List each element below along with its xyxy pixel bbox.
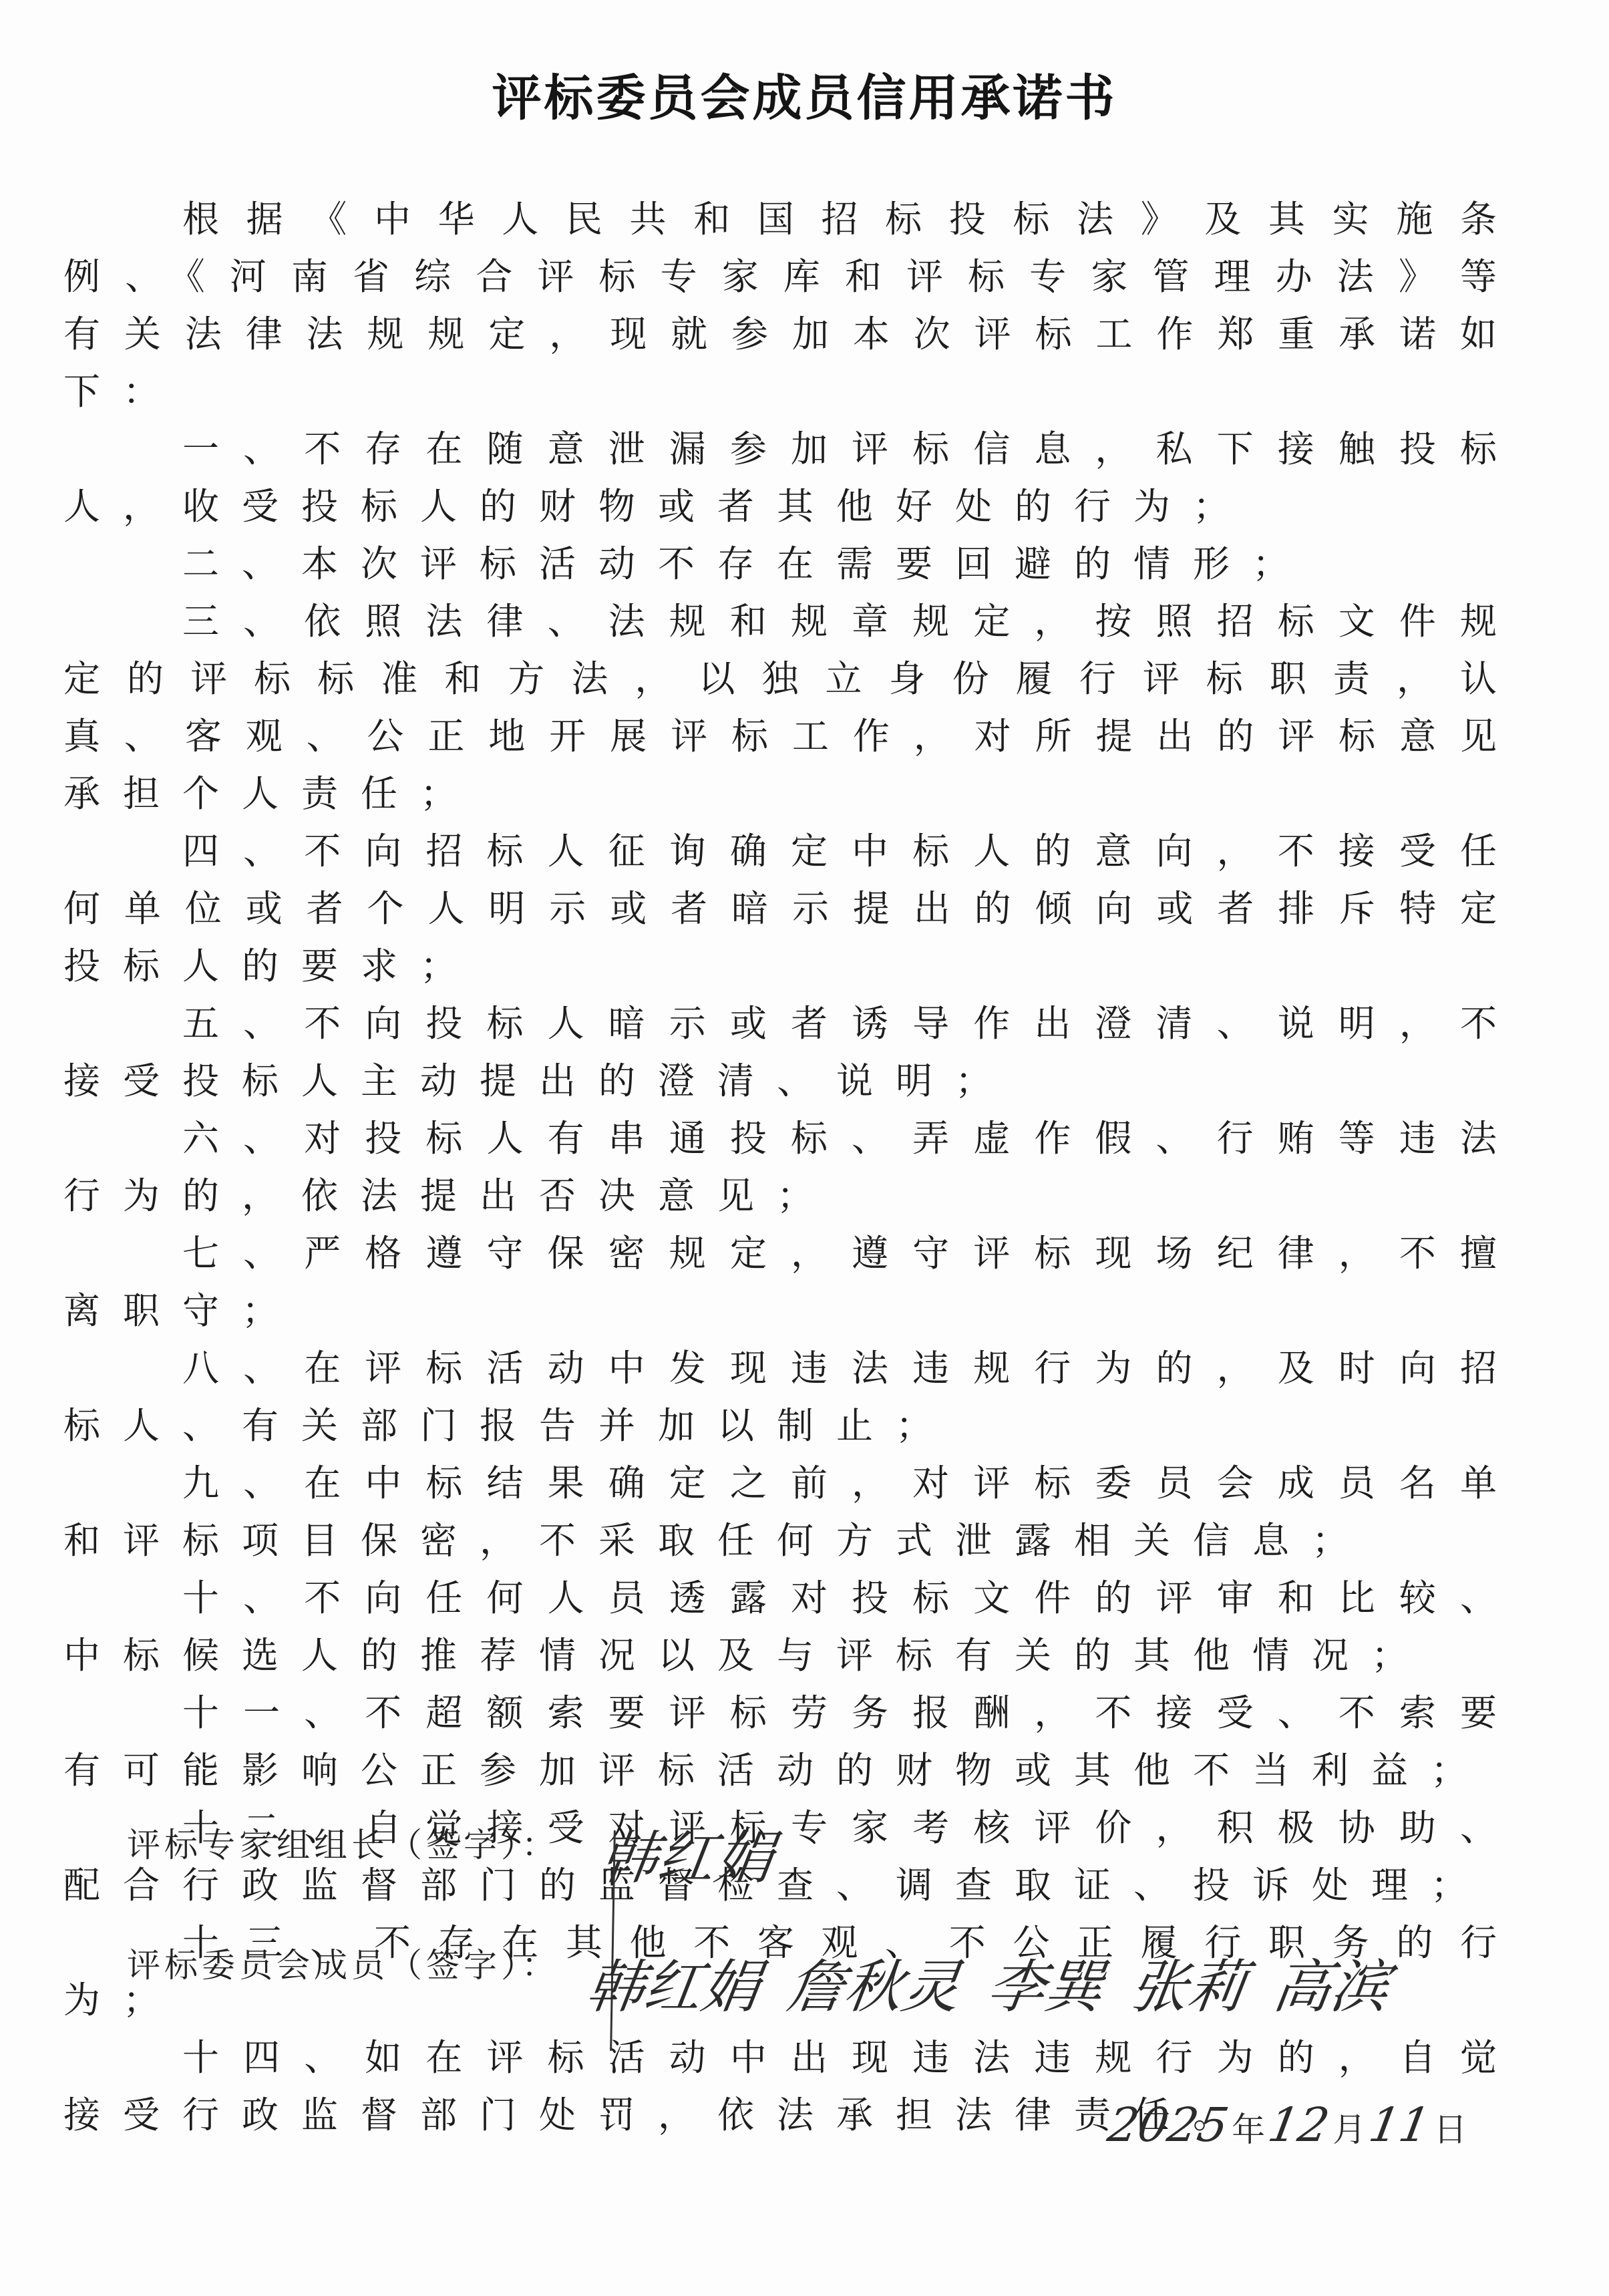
leader-signature: 韩红娟 xyxy=(595,1812,779,1895)
date-month-unit: 月 xyxy=(1332,2103,1366,2151)
commitment-item-9: 九、在中标结果确定之前，对评标委员会成员名单和评标项目保密，不采取任何方式泄露相… xyxy=(63,1454,1519,1569)
commitment-item-5: 五、不向投标人暗示或者诱导作出澄清、说明，不接受投标人主动提出的澄清、说明； xyxy=(63,995,1519,1110)
leader-signature-label: 评标专家组组长（签字）： xyxy=(127,1818,559,1866)
member-signatures: 韩红娟 詹秋灵 李巽 张莉 高滨 xyxy=(588,1941,1389,2023)
commitment-item-1: 一、不存在随意泄漏参加评标信息，私下接触投标人，收受投标人的财物或者其他好处的行… xyxy=(63,420,1519,535)
member-signature-2: 詹秋灵 xyxy=(782,1941,966,2023)
member-signature-3: 李巽 xyxy=(982,1941,1109,2023)
date-year: 2025 xyxy=(1104,2098,1233,2152)
date-day-unit: 日 xyxy=(1433,2103,1467,2151)
commitment-item-11: 十一、不超额索要评标劳务报酬，不接受、不索要有可能影响公正参加评标活动的财物或其… xyxy=(63,1684,1519,1799)
date-year-unit: 年 xyxy=(1232,2103,1265,2151)
commitment-item-7: 七、严格遵守保密规定，遵守评标现场纪律，不擅离职守； xyxy=(63,1224,1519,1339)
commitment-item-6: 六、对投标人有串通投标、弄虚作假、行贿等违法行为的，依法提出否决意见； xyxy=(63,1110,1519,1224)
commitment-item-3: 三、依照法律、法规和规章规定，按照招标文件规定的评标标准和方法，以独立身份履行评… xyxy=(63,593,1519,822)
commitment-item-4: 四、不向招标人征询确定中标人的意向，不接受任何单位或者个人明示或者暗示提出的倾向… xyxy=(63,822,1519,995)
intro-paragraph: 根据《中华人民共和国招标投标法》及其实施条例、《河南省综合评标专家库和评标专家管… xyxy=(63,190,1519,420)
commitment-item-10: 十、不向任何人员透露对投标文件的评审和比较、中标候选人的推荐情况以及与评标有关的… xyxy=(63,1569,1519,1684)
commitment-item-8: 八、在评标活动中发现违法违规行为的，及时向招标人、有关部门报告并加以制止； xyxy=(63,1339,1519,1454)
commitment-item-2: 二、本次评标活动不存在需要回避的情形； xyxy=(63,535,1519,593)
members-signature-row: 评标委员会成员（签字）： xyxy=(127,1939,559,1987)
member-signature-4: 张莉 xyxy=(1125,1941,1252,2023)
signing-date: 2025 年 12 月 11 日 xyxy=(1109,2098,1467,2152)
member-signature-1: 韩红娟 xyxy=(582,1941,765,2023)
page-title: 评标委员会成员信用承诺书 xyxy=(0,59,1609,130)
members-signature-label: 评标委员会成员（签字）： xyxy=(127,1939,559,1987)
leader-signature-row: 评标专家组组长（签字）： xyxy=(127,1818,559,1866)
member-signature-5: 高滨 xyxy=(1268,1941,1395,2023)
document-page: 评标委员会成员信用承诺书 根据《中华人民共和国招标投标法》及其实施条例、《河南省… xyxy=(0,0,1609,2296)
date-month: 12 xyxy=(1264,2098,1334,2152)
date-day: 11 xyxy=(1365,2098,1435,2152)
